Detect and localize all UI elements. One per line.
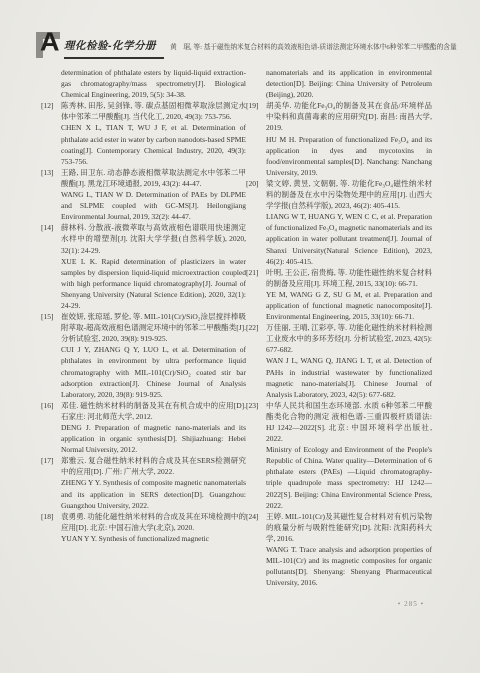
reference-number: [17] xyxy=(41,455,54,466)
reference-body: 薛林科. 分散液-液微萃取与高效液相色谱联用快速测定水样中的增塑剂[J]. 沈阳… xyxy=(41,222,246,311)
reference-number: [21] xyxy=(246,267,259,278)
journal-logo-letter: A xyxy=(40,28,60,57)
reference-chinese-text: 袁勇勇. 功能化磁性纳米材料的合成及其在环境检测中的应用[D]. 北京: 中国石… xyxy=(61,511,246,533)
reference-english-text: LIANG W T, HUANG Y, WEN C C, et al. Prep… xyxy=(266,211,432,266)
reference-number: [24] xyxy=(246,511,259,522)
scanned-page: A 理化检验-化学分册 黄 琚, 等: 基于磁性纳米复合材料的高效液相色谱-质谱… xyxy=(0,0,480,673)
reference-chinese-text: 郑雅云. 复合磁性纳米材料的合成及其在SERS检测研究中的应用[D]. 广州: … xyxy=(61,455,246,477)
reference-body: 邓佳. 磁性纳米材料的制备及其在有机合成中的应用[D]. 石家庄: 河北师范大学… xyxy=(41,400,246,455)
reference-item: [14] 薛林科. 分散液-液微萃取与高效液相色谱联用快速测定水样中的增塑剂[J… xyxy=(41,222,246,311)
journal-name-rule: 理化检验-化学分册 xyxy=(64,36,164,59)
journal-logo: A xyxy=(36,31,62,58)
reference-chinese-text: 中华人民共和国生态环境部. 水质 6种邻苯二甲酸酯类化合物的测定 液相色谱-三重… xyxy=(266,400,432,444)
page-number: • 285 • xyxy=(388,599,434,609)
reference-english-text: Ministry of Ecology and Environment of t… xyxy=(266,444,432,511)
reference-body: 王婷. MIL-101(Cr)及其磁性复合材料对有机污染物的痕量分析与吸附性能研… xyxy=(246,511,432,589)
reference-item: [15] 崔姣妍, 张琼瑶, 罗伦, 等. MIL-101(Cr)/SiO₂涂层… xyxy=(41,311,246,400)
reference-item: [22] 万佳丽, 王晴, 江彩亭, 等. 功能化磁性纳米材料检测工业废水中的多… xyxy=(246,322,432,400)
reference-chinese-text: 陈秀林, 田彤, 吴剑锋, 等. 碳点基固相微萃取涂层测定水体中邻苯二甲酸酯[J… xyxy=(61,100,246,122)
reference-item: [17] 郑雅云. 复合磁性纳米材料的合成及其在SERS检测研究中的应用[D].… xyxy=(41,455,246,510)
reference-number: [13] xyxy=(41,167,54,178)
reference-body: 王路, 田卫东. 动态静态液相微萃取法测定水中邻苯二甲酸酯[J]. 黑龙江环境通… xyxy=(41,167,246,222)
reference-english-text: determination of phthalate esters by liq… xyxy=(61,67,246,100)
reference-english-text: nanomaterials and its application in env… xyxy=(266,67,432,100)
reference-english-text: CHEN X L, TIAN T, WU J F, et al. Determi… xyxy=(61,122,246,166)
reference-item: [13] 王路, 田卫东. 动态静态液相微萃取法测定水中邻苯二甲酸酯[J]. 黑… xyxy=(41,167,246,222)
page-header: A 理化检验-化学分册 黄 琚, 等: 基于磁性纳米复合材料的高效液相色谱-质谱… xyxy=(0,0,480,66)
reference-body: 崔姣妍, 张琼瑶, 罗伦, 等. MIL-101(Cr)/SiO₂涂层搅拌棒吸附… xyxy=(41,311,246,400)
reference-item: [24] 王婷. MIL-101(Cr)及其磁性复合材料对有机污染物的痕量分析与… xyxy=(246,511,432,589)
reference-number: [15] xyxy=(41,311,54,322)
reference-number: [23] xyxy=(246,400,259,411)
reference-body: 叶明, 王公正, 宿贵梅, 等. 功能性磁性纳米复合材料的制备及应用[J]. 环… xyxy=(246,267,432,322)
reference-body: 胡美华. 功能化Fe₃O₄的制备及其在食品/环境样品中染料和真菌毒素的应用研究[… xyxy=(246,100,432,178)
reference-chinese-text: 王路, 田卫东. 动态静态液相微萃取法测定水中邻苯二甲酸酯[J]. 黑龙江环境通… xyxy=(61,167,246,189)
reference-number: [22] xyxy=(246,322,259,333)
reference-english-text: HU M H. Preparation of functionalized Fe… xyxy=(266,134,432,178)
reference-number: [14] xyxy=(41,222,54,233)
reference-chinese-text: 万佳丽, 王晴, 江彩亭, 等. 功能化磁性纳米材料检测工业废水中的多环芳烃[J… xyxy=(266,322,432,355)
reference-body: determination of phthalate esters by liq… xyxy=(41,67,246,100)
reference-item: [19] 胡美华. 功能化Fe₃O₄的制备及其在食品/环境样品中染料和真菌毒素的… xyxy=(246,100,432,178)
reference-body: 袁勇勇. 功能化磁性纳米材料的合成及其在环境检测中的应用[D]. 北京: 中国石… xyxy=(41,511,246,544)
reference-english-text: YE M, WANG G Z, SU G M, et al. Preparati… xyxy=(266,289,432,322)
reference-chinese-text: 薛林科. 分散液-液微萃取与高效液相色谱联用快速测定水样中的增塑剂[J]. 沈阳… xyxy=(61,222,246,255)
reference-item: [12] 陈秀林, 田彤, 吴剑锋, 等. 碳点基固相微萃取涂层测定水体中邻苯二… xyxy=(41,100,246,167)
references-right-column: nanomaterials and its application in env… xyxy=(246,67,432,588)
reference-item: [16] 邓佳. 磁性纳米材料的制备及其在有机合成中的应用[D]. 石家庄: 河… xyxy=(41,400,246,455)
reference-chinese-text: 崔姣妍, 张琼瑶, 罗伦, 等. MIL-101(Cr)/SiO₂涂层搅拌棒吸附… xyxy=(61,311,246,344)
running-head: 黄 琚, 等: 基于磁性纳米复合材料的高效液相色谱-质谱法测定环境水体中6种邻苯… xyxy=(170,43,446,52)
reference-english-text: YUAN Y Y. Synthesis of functionalized ma… xyxy=(61,533,246,544)
reference-body: 郑雅云. 复合磁性纳米材料的合成及其在SERS检测研究中的应用[D]. 广州: … xyxy=(41,455,246,510)
reference-chinese-text: 叶明, 王公正, 宿贵梅, 等. 功能性磁性纳米复合材料的制备及应用[J]. 环… xyxy=(266,267,432,289)
reference-english-text: CUI J Y, ZHANG Q Y, LUO L, et al. Determ… xyxy=(61,344,246,399)
reference-number: [12] xyxy=(41,100,54,111)
reference-chinese-text: 胡美华. 功能化Fe₃O₄的制备及其在食品/环境样品中染料和真菌毒素的应用研究[… xyxy=(266,100,432,133)
reference-body: 梁文婷, 黄昱, 文朝朝, 等. 功能化Fe₃O₄磁性纳米材料的制备及在水中污染… xyxy=(246,178,432,267)
reference-item: determination of phthalate esters by liq… xyxy=(41,67,246,100)
reference-body: 陈秀林, 田彤, 吴剑锋, 等. 碳点基固相微萃取涂层测定水体中邻苯二甲酸酯[J… xyxy=(41,100,246,167)
reference-body: 中华人民共和国生态环境部. 水质 6种邻苯二甲酸酯类化合物的测定 液相色谱-三重… xyxy=(246,400,432,511)
reference-english-text: ZHENG Y Y. Synthesis of composite magnet… xyxy=(61,477,246,510)
reference-item: [18] 袁勇勇. 功能化磁性纳米材料的合成及其在环境检测中的应用[D]. 北京… xyxy=(41,511,246,544)
reference-number: [18] xyxy=(41,511,54,522)
reference-english-text: WANG L, TIAN W D. Determination of PAEs … xyxy=(61,189,246,222)
reference-english-text: DENG J. Preparation of magnetic nano-mat… xyxy=(61,422,246,455)
reference-body: nanomaterials and its application in env… xyxy=(246,67,432,100)
reference-number: [16] xyxy=(41,400,54,411)
reference-body: 万佳丽, 王晴, 江彩亭, 等. 功能化磁性纳米材料检测工业废水中的多环芳烃[J… xyxy=(246,322,432,400)
reference-item: nanomaterials and its application in env… xyxy=(246,67,432,100)
reference-item: [20] 梁文婷, 黄昱, 文朝朝, 等. 功能化Fe₃O₄磁性纳米材料的制备及… xyxy=(246,178,432,267)
reference-chinese-text: 梁文婷, 黄昱, 文朝朝, 等. 功能化Fe₃O₄磁性纳米材料的制备及在水中污染… xyxy=(266,178,432,211)
reference-number: [20] xyxy=(246,178,259,189)
reference-chinese-text: 王婷. MIL-101(Cr)及其磁性复合材料对有机污染物的痕量分析与吸附性能研… xyxy=(266,511,432,544)
journal-name: 理化检验-化学分册 xyxy=(64,40,156,52)
reference-english-text: WANG T. Trace analysis and adsorption pr… xyxy=(266,544,432,588)
reference-english-text: XUE L K. Rapid determination of plastici… xyxy=(61,256,246,311)
reference-number: [19] xyxy=(246,100,259,111)
reference-chinese-text: 邓佳. 磁性纳米材料的制备及其在有机合成中的应用[D]. 石家庄: 河北师范大学… xyxy=(61,400,246,422)
reference-item: [21] 叶明, 王公正, 宿贵梅, 等. 功能性磁性纳米复合材料的制备及应用[… xyxy=(246,267,432,322)
reference-english-text: WAN J L, WANG Q, JIANG L T, et al. Detec… xyxy=(266,355,432,399)
reference-item: [23] 中华人民共和国生态环境部. 水质 6种邻苯二甲酸酯类化合物的测定 液相… xyxy=(246,400,432,511)
references-left-column: determination of phthalate esters by liq… xyxy=(41,67,246,544)
